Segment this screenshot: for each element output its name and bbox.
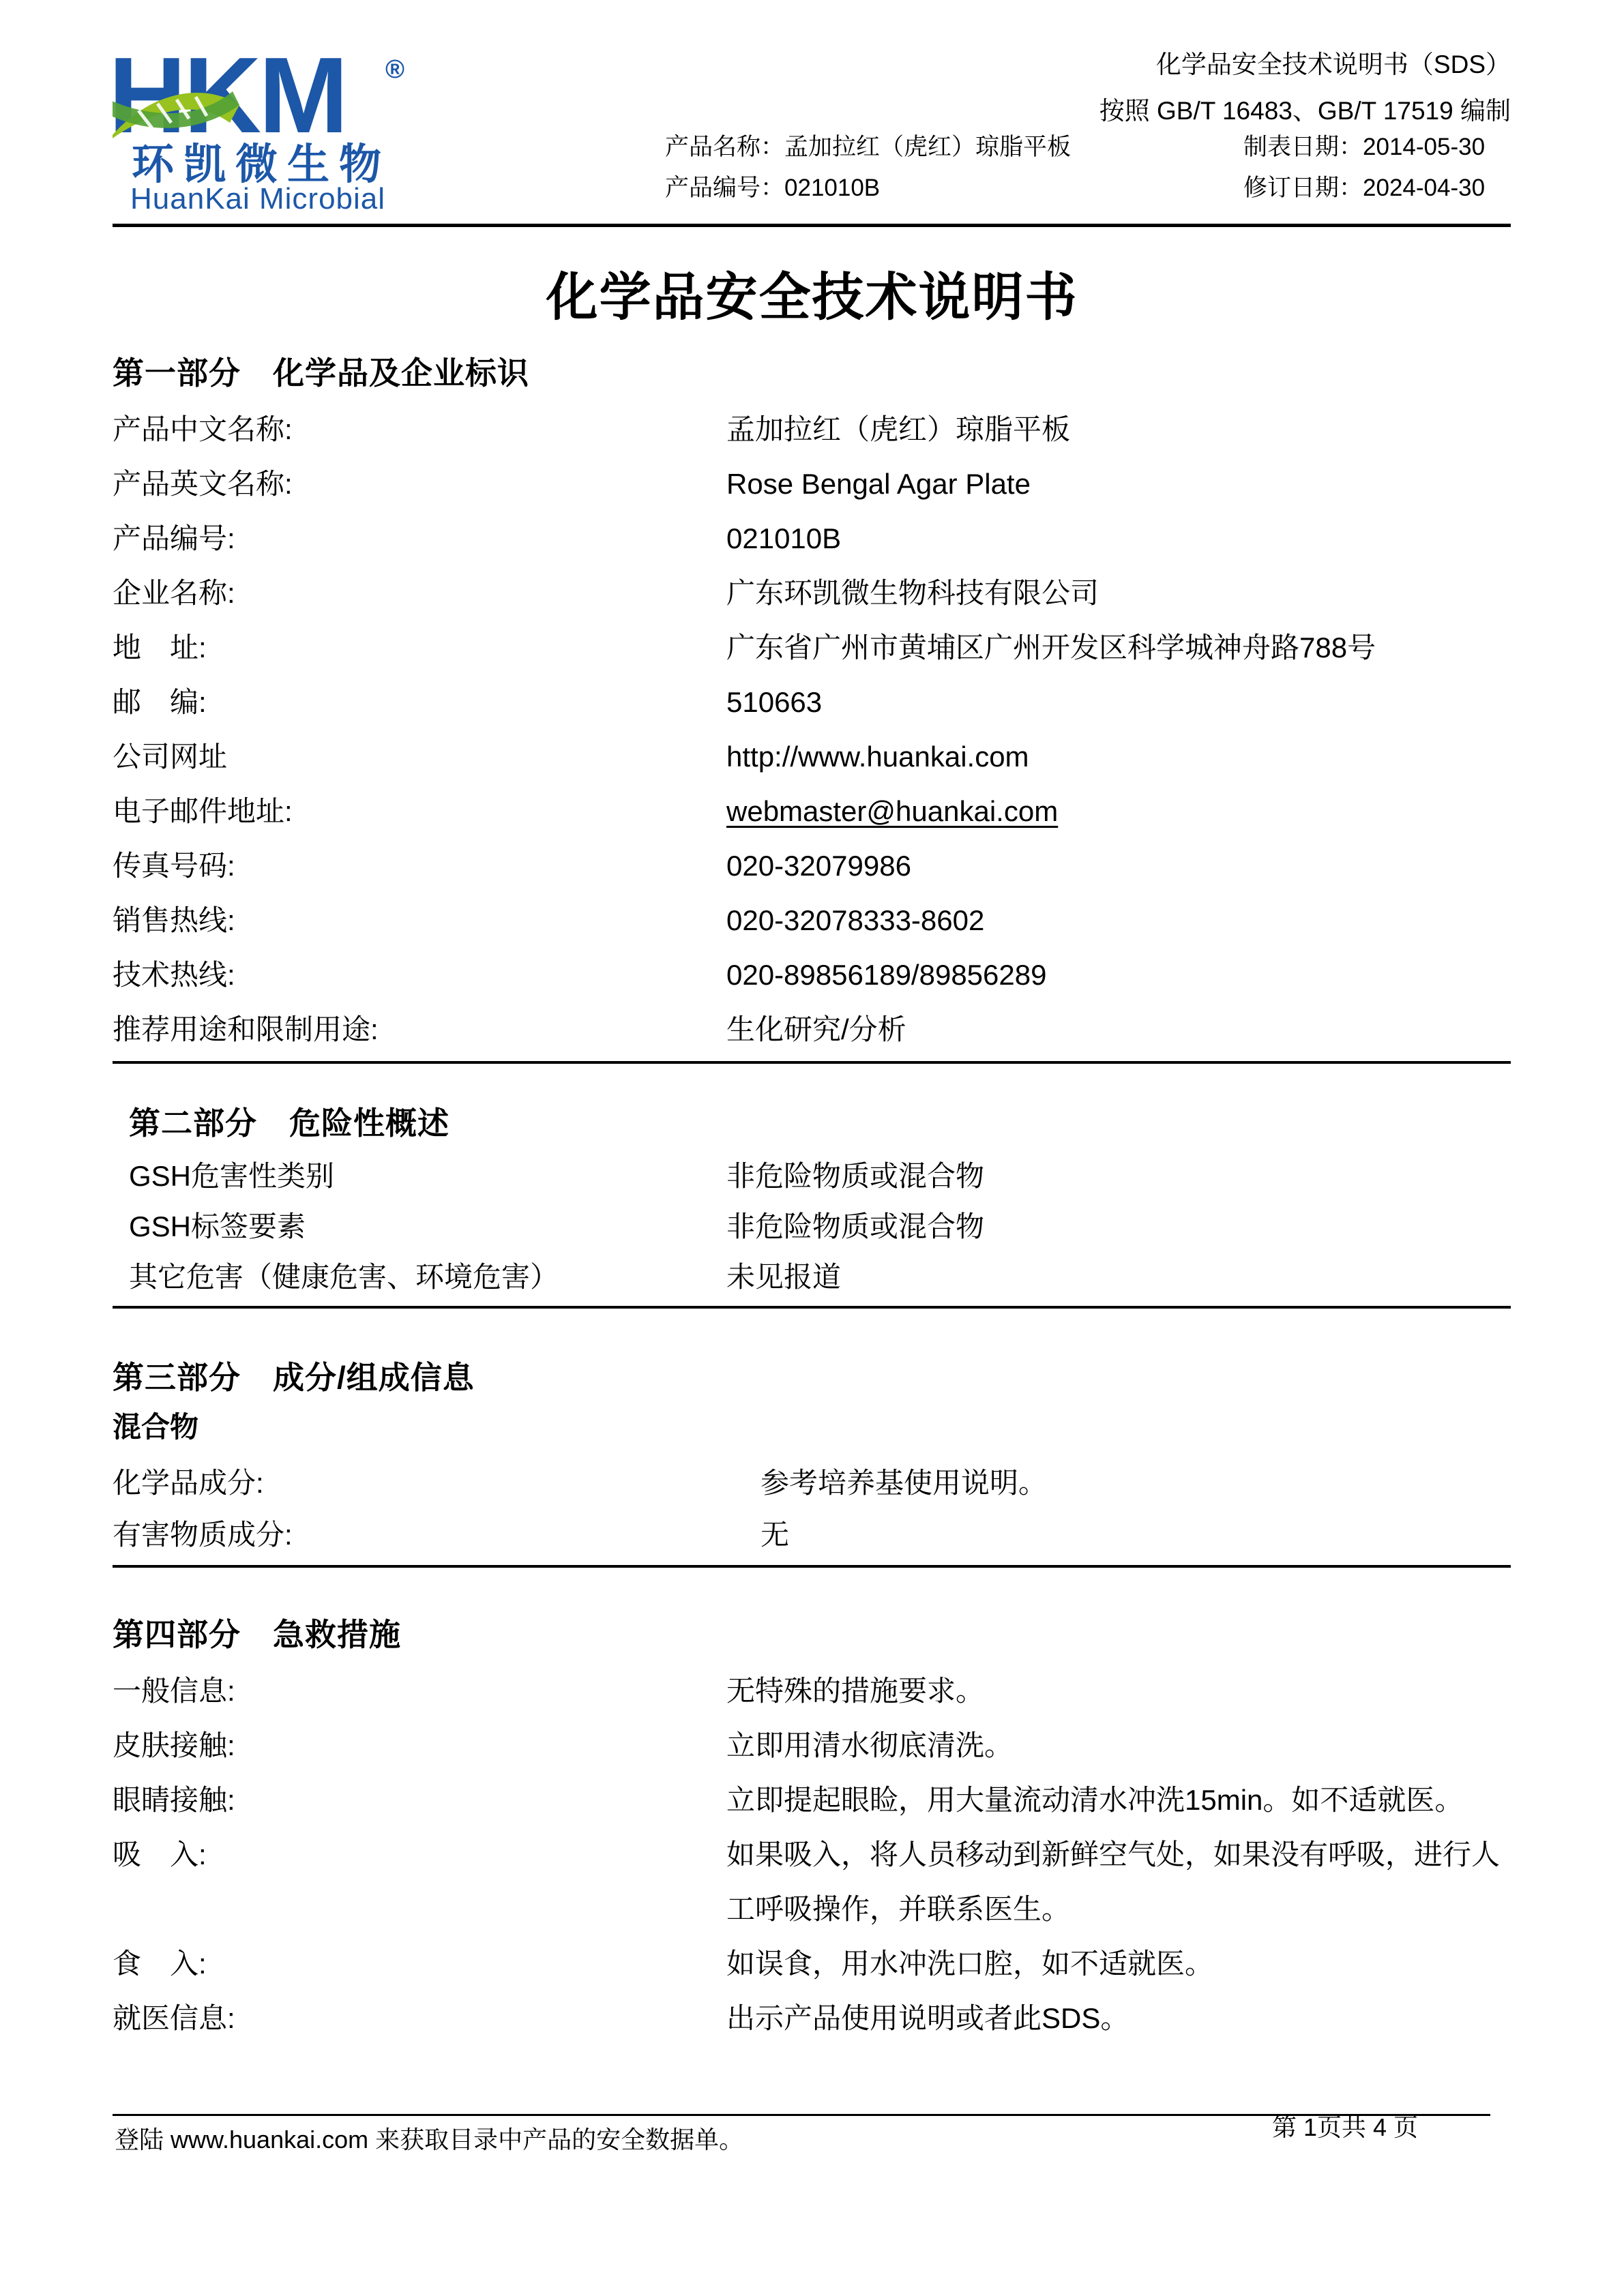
registered-trademark-icon: ®: [385, 55, 404, 84]
field-recommended-use: 推荐用途和限制用途: 生化研究/分析: [113, 1002, 1511, 1057]
standard-reference: 按照 GB/T 16483、GB/T 17519 编制: [1099, 95, 1511, 127]
page-title: 化学品安全技术说明书: [0, 265, 1624, 331]
field-gsh-hazard-class: GSH危害性类别 非危险物质或混合物: [113, 1151, 1511, 1202]
header-product-code: 产品编号：021010B: [665, 173, 880, 203]
field-general-info: 一般信息: 无特殊的措施要求。: [113, 1664, 1511, 1718]
section-first-aid: 第四部分 急救措施 一般信息: 无特殊的措施要求。 皮肤接触: 立即用清水彻底清…: [113, 1611, 1511, 2046]
section-hazard-overview: 第二部分 危险性概述 GSH危害性类别 非危险物质或混合物 GSH标签要素 非危…: [113, 1099, 1511, 1302]
field-postcode: 邮 编: 510663: [113, 675, 1511, 730]
footer-note: 登陆 www.huankai.com 来获取目录中产品的安全数据单。: [115, 2123, 743, 2156]
email-link[interactable]: webmaster@huankai.com: [726, 795, 1058, 827]
field-medical-info: 就医信息: 出示产品使用说明或者此SDS。: [113, 1991, 1511, 2046]
field-skin-contact: 皮肤接触: 立即用清水彻底清洗。: [113, 1718, 1511, 1773]
section-composition: 第三部分 成分/组成信息 混合物 化学品成分: 参考培养基使用说明。 有害物质成…: [113, 1354, 1511, 1561]
field-chemical-components: 化学品成分: 参考培养基使用说明。: [113, 1457, 1511, 1509]
section-2-divider: [113, 1306, 1511, 1309]
field-hazardous-components: 有害物质成分: 无: [113, 1509, 1511, 1561]
sds-document-page: HKM ® 环凯微生物 HuanKai Microbial 化学品安全技术说明书…: [0, 0, 1624, 2296]
page-number: 第 1页共 4 页: [1272, 2111, 1418, 2144]
field-gsh-label-elements: GSH标签要素 非危险物质或混合物: [113, 1202, 1511, 1252]
field-fax: 传真号码: 020-32079986: [113, 839, 1511, 893]
field-email: 电子邮件地址: webmaster@huankai.com: [113, 784, 1511, 839]
section-1-heading: 第一部分 化学品及企业标识: [113, 349, 1511, 397]
field-product-cn-name: 产品中文名称: 孟加拉红（虎红）琼脂平板: [113, 402, 1511, 457]
field-inhalation: 吸 入: 如果吸入，将人员移动到新鲜空气处，如果没有呼吸，进行人工呼吸操作，并联…: [113, 1828, 1511, 1937]
field-sales-hotline: 销售热线: 020-32078333-8602: [113, 893, 1511, 948]
hkm-logo-icon: HKM ® 环凯微生物 HuanKai Microbial: [113, 48, 413, 215]
header-product-name: 产品名称：孟加拉红（虎红）琼脂平板: [665, 132, 1071, 162]
section-1-divider: [113, 1061, 1511, 1064]
section-4-heading: 第四部分 急救措施: [113, 1611, 1511, 1658]
field-tech-hotline: 技术热线: 020-89856189/89856289: [113, 948, 1511, 1002]
field-website: 公司网址 http://www.huankai.com: [113, 730, 1511, 784]
field-eye-contact: 眼睛接触: 立即提起眼睑，用大量流动清水冲洗15min。如不适就医。: [113, 1773, 1511, 1828]
section-3-heading: 第三部分 成分/组成信息: [113, 1354, 1511, 1401]
field-company-name: 企业名称: 广东环凯微生物科技有限公司: [113, 566, 1511, 621]
field-product-en-name: 产品英文名称: Rose Bengal Agar Plate: [113, 457, 1511, 511]
field-ingestion: 食 入: 如误食，用水冲洗口腔，如不适就医。: [113, 1937, 1511, 1991]
mixture-subheading: 混合物: [113, 1401, 1511, 1453]
field-other-hazards: 其它危害（健康危害、环境危害） 未见报道: [113, 1252, 1511, 1302]
header-divider: [113, 224, 1511, 227]
header-revised-date: 修订日期：2024-04-30: [1243, 173, 1485, 203]
field-address: 地 址: 广东省广州市黄埔区广州开发区科学城神舟路788号: [113, 621, 1511, 675]
section-2-heading: 第二部分 危险性概述: [113, 1099, 1511, 1147]
header-created-date: 制表日期：2014-05-30: [1243, 132, 1485, 162]
field-product-code: 产品编号: 021010B: [113, 511, 1511, 566]
company-logo: HKM ® 环凯微生物 HuanKai Microbial: [113, 48, 413, 215]
section-3-divider: [113, 1565, 1511, 1568]
doc-type-label: 化学品安全技术说明书（SDS）: [1156, 49, 1511, 80]
logo-cn-name: 环凯微生物: [132, 141, 391, 188]
section-identification: 第一部分 化学品及企业标识 产品中文名称: 孟加拉红（虎红）琼脂平板 产品英文名…: [113, 349, 1511, 1057]
logo-en-name: HuanKai Microbial: [130, 182, 385, 215]
